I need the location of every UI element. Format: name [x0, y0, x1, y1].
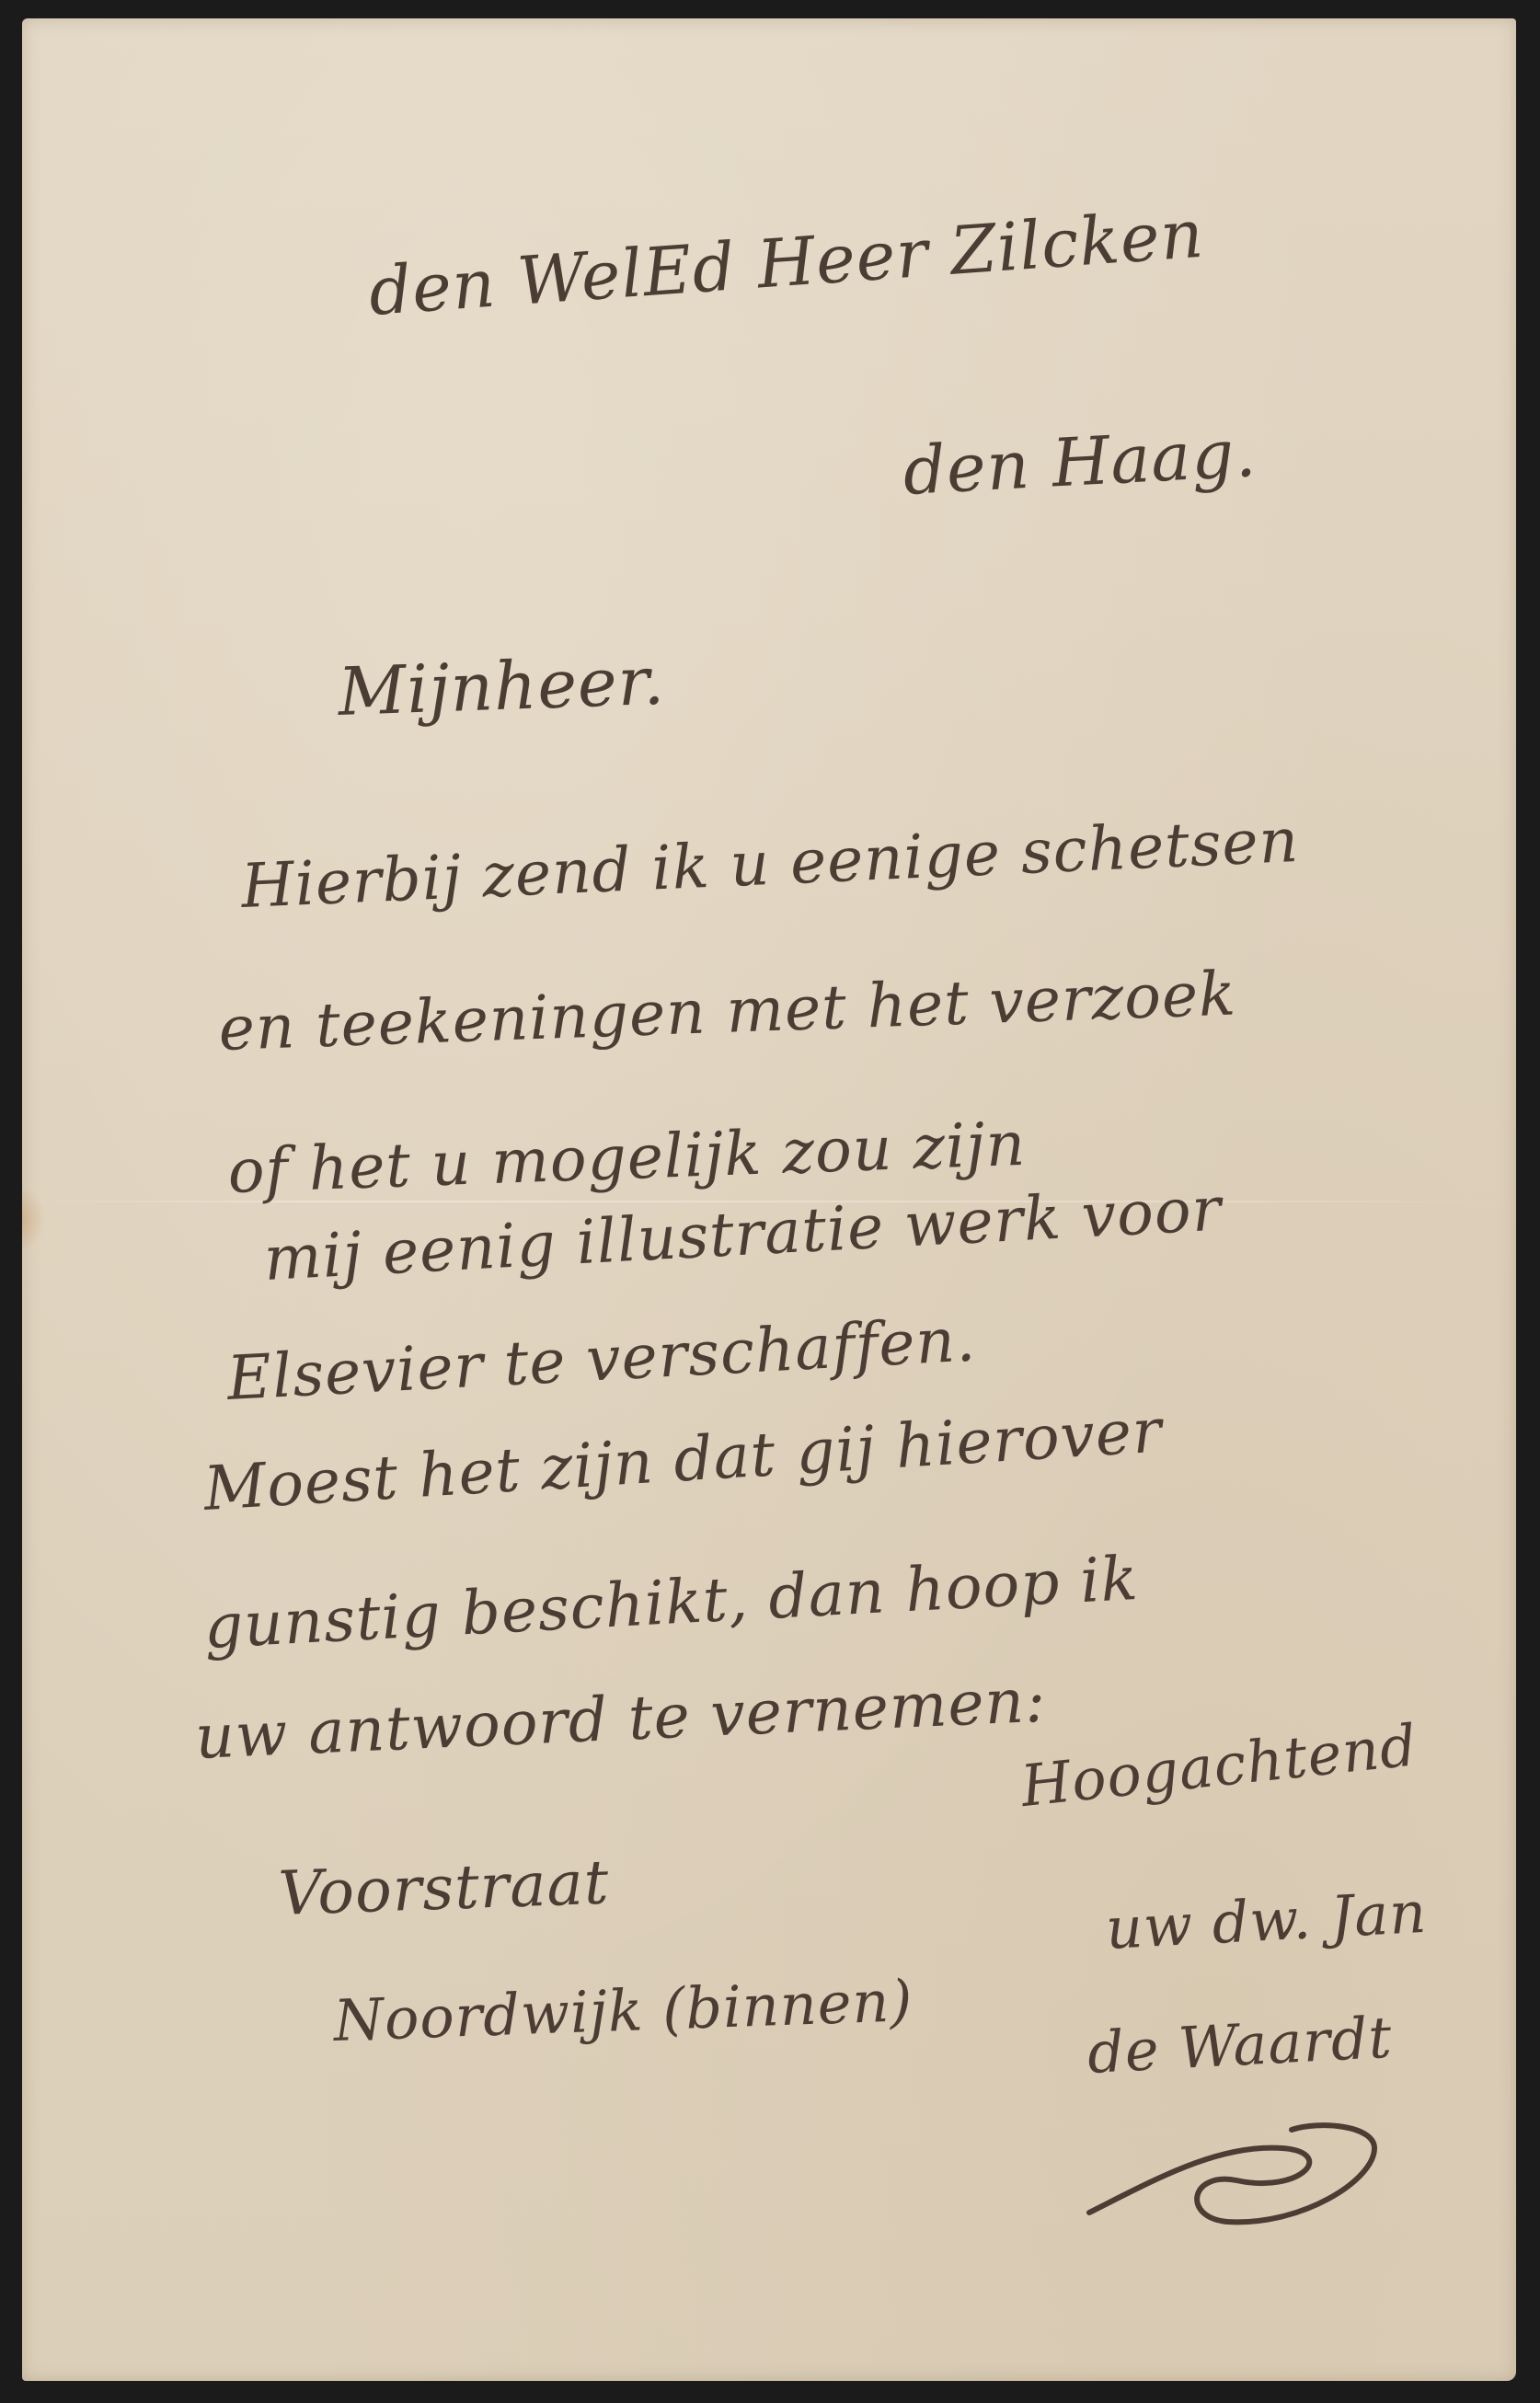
sender-street: Voorstraat: [277, 1846, 610, 1929]
body-line: uw antwoord te vernemen:: [194, 1665, 1048, 1773]
signature-line-1: uw dw. Jan: [1104, 1879, 1429, 1962]
body-line: gunstig beschikt, dan hoop ik: [202, 1543, 1140, 1662]
body-line: Hierbij zend ik u eenige schetsen: [240, 805, 1301, 922]
flourish-icon: [1080, 2107, 1393, 2236]
letter-paper: den WelEd Heer Zilcken den Haag. Mijnhee…: [22, 18, 1516, 2381]
recipient-city: den Haag.: [902, 414, 1258, 510]
salutation: Mijnheer.: [337, 642, 666, 730]
closing: Hoogachtend: [1017, 1711, 1420, 1820]
body-line: en teekeningen met het verzoek: [217, 958, 1237, 1064]
signature-name: de Waardt: [1086, 2004, 1394, 2087]
edge-stain: [22, 1187, 46, 1251]
recipient-name: den WelEd Heer Zilcken: [366, 195, 1206, 330]
body-line: Elsevier te verschaffen.: [225, 1304, 978, 1414]
sender-town: Noordwijk (binnen): [332, 1967, 914, 2054]
body-line: Moest het zijn dat gij hierover: [201, 1395, 1164, 1524]
